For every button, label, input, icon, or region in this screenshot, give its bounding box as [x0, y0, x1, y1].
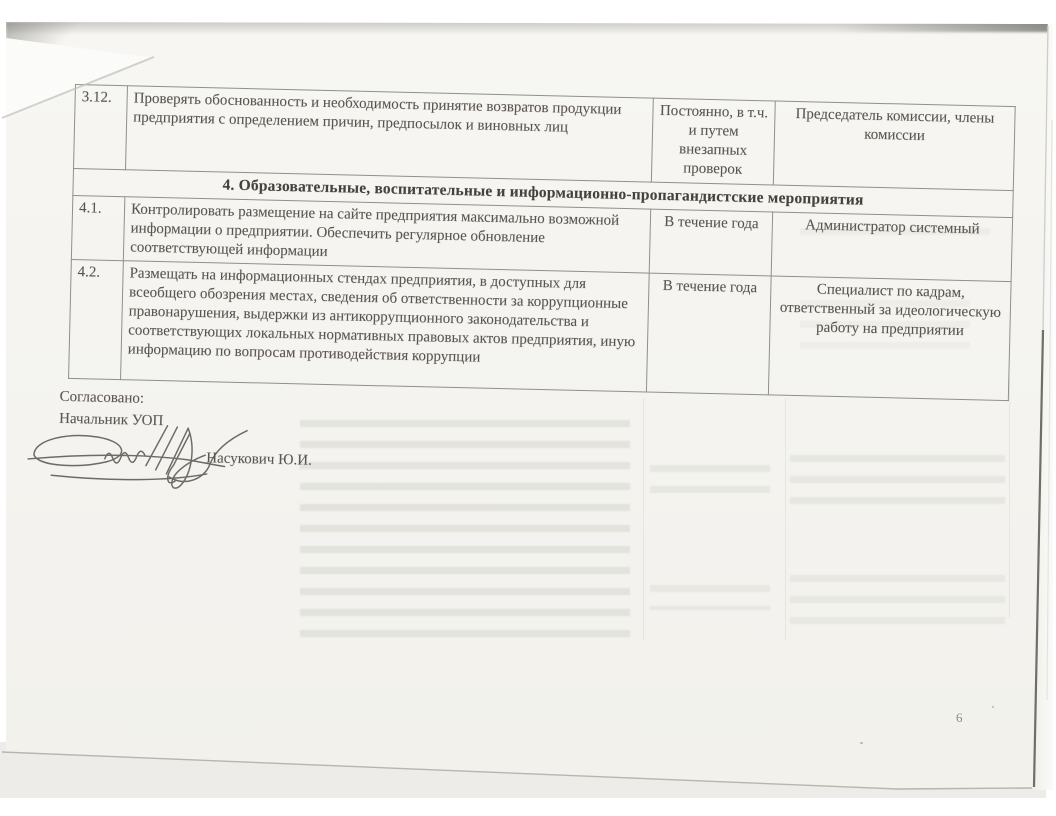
page-number: 6: [956, 710, 963, 726]
top-right-shadow: [834, 22, 1048, 32]
approval-block: Согласовано: Начальник УОП Насукович Ю.И…: [57, 386, 1010, 533]
row-number-cell: 4.2.: [69, 259, 124, 379]
activity-cell: Размещать на информационных стендах пред…: [121, 261, 650, 392]
printed-content: 3.12. Проверять обоснованность и необход…: [65, 84, 1017, 533]
table-row-4-2: 4.2. Размещать на информационных стендах…: [69, 259, 1012, 400]
scan-speck: [992, 706, 994, 708]
responsible-cell: Администратор системный: [771, 212, 1012, 282]
approval-signer-name: Насукович Ю.И.: [206, 447, 312, 471]
responsible-cell: Специалист по кадрам, ответственный за и…: [768, 276, 1011, 401]
bleed-through-text: [790, 575, 1005, 637]
scan-speck: [860, 742, 863, 744]
row-number-cell: 3.12.: [74, 85, 128, 170]
scanner-background: 3.12. Проверять обоснованность и необход…: [0, 0, 1056, 816]
deadline-cell: В течение года: [649, 209, 772, 276]
action-plan-table: 3.12. Проверять обоснованность и необход…: [68, 84, 1016, 401]
deadline-cell: В течение года: [646, 273, 771, 395]
scanned-document-screenshot: { "table": { "rows": [ { "num": "3.12.",…: [0, 0, 1056, 816]
bleed-through-text: [650, 585, 770, 610]
responsible-cell: Председатель комиссии, члены комиссии: [773, 101, 1015, 191]
paper-sheet: 3.12. Проверять обоснованность и необход…: [6, 22, 1049, 792]
deadline-cell: Постоянно, в т.ч. и путем внезапных пров…: [651, 98, 775, 185]
activity-cell: Проверять обоснованность и необходимость…: [125, 86, 653, 182]
row-number-cell: 4.1.: [71, 195, 124, 260]
